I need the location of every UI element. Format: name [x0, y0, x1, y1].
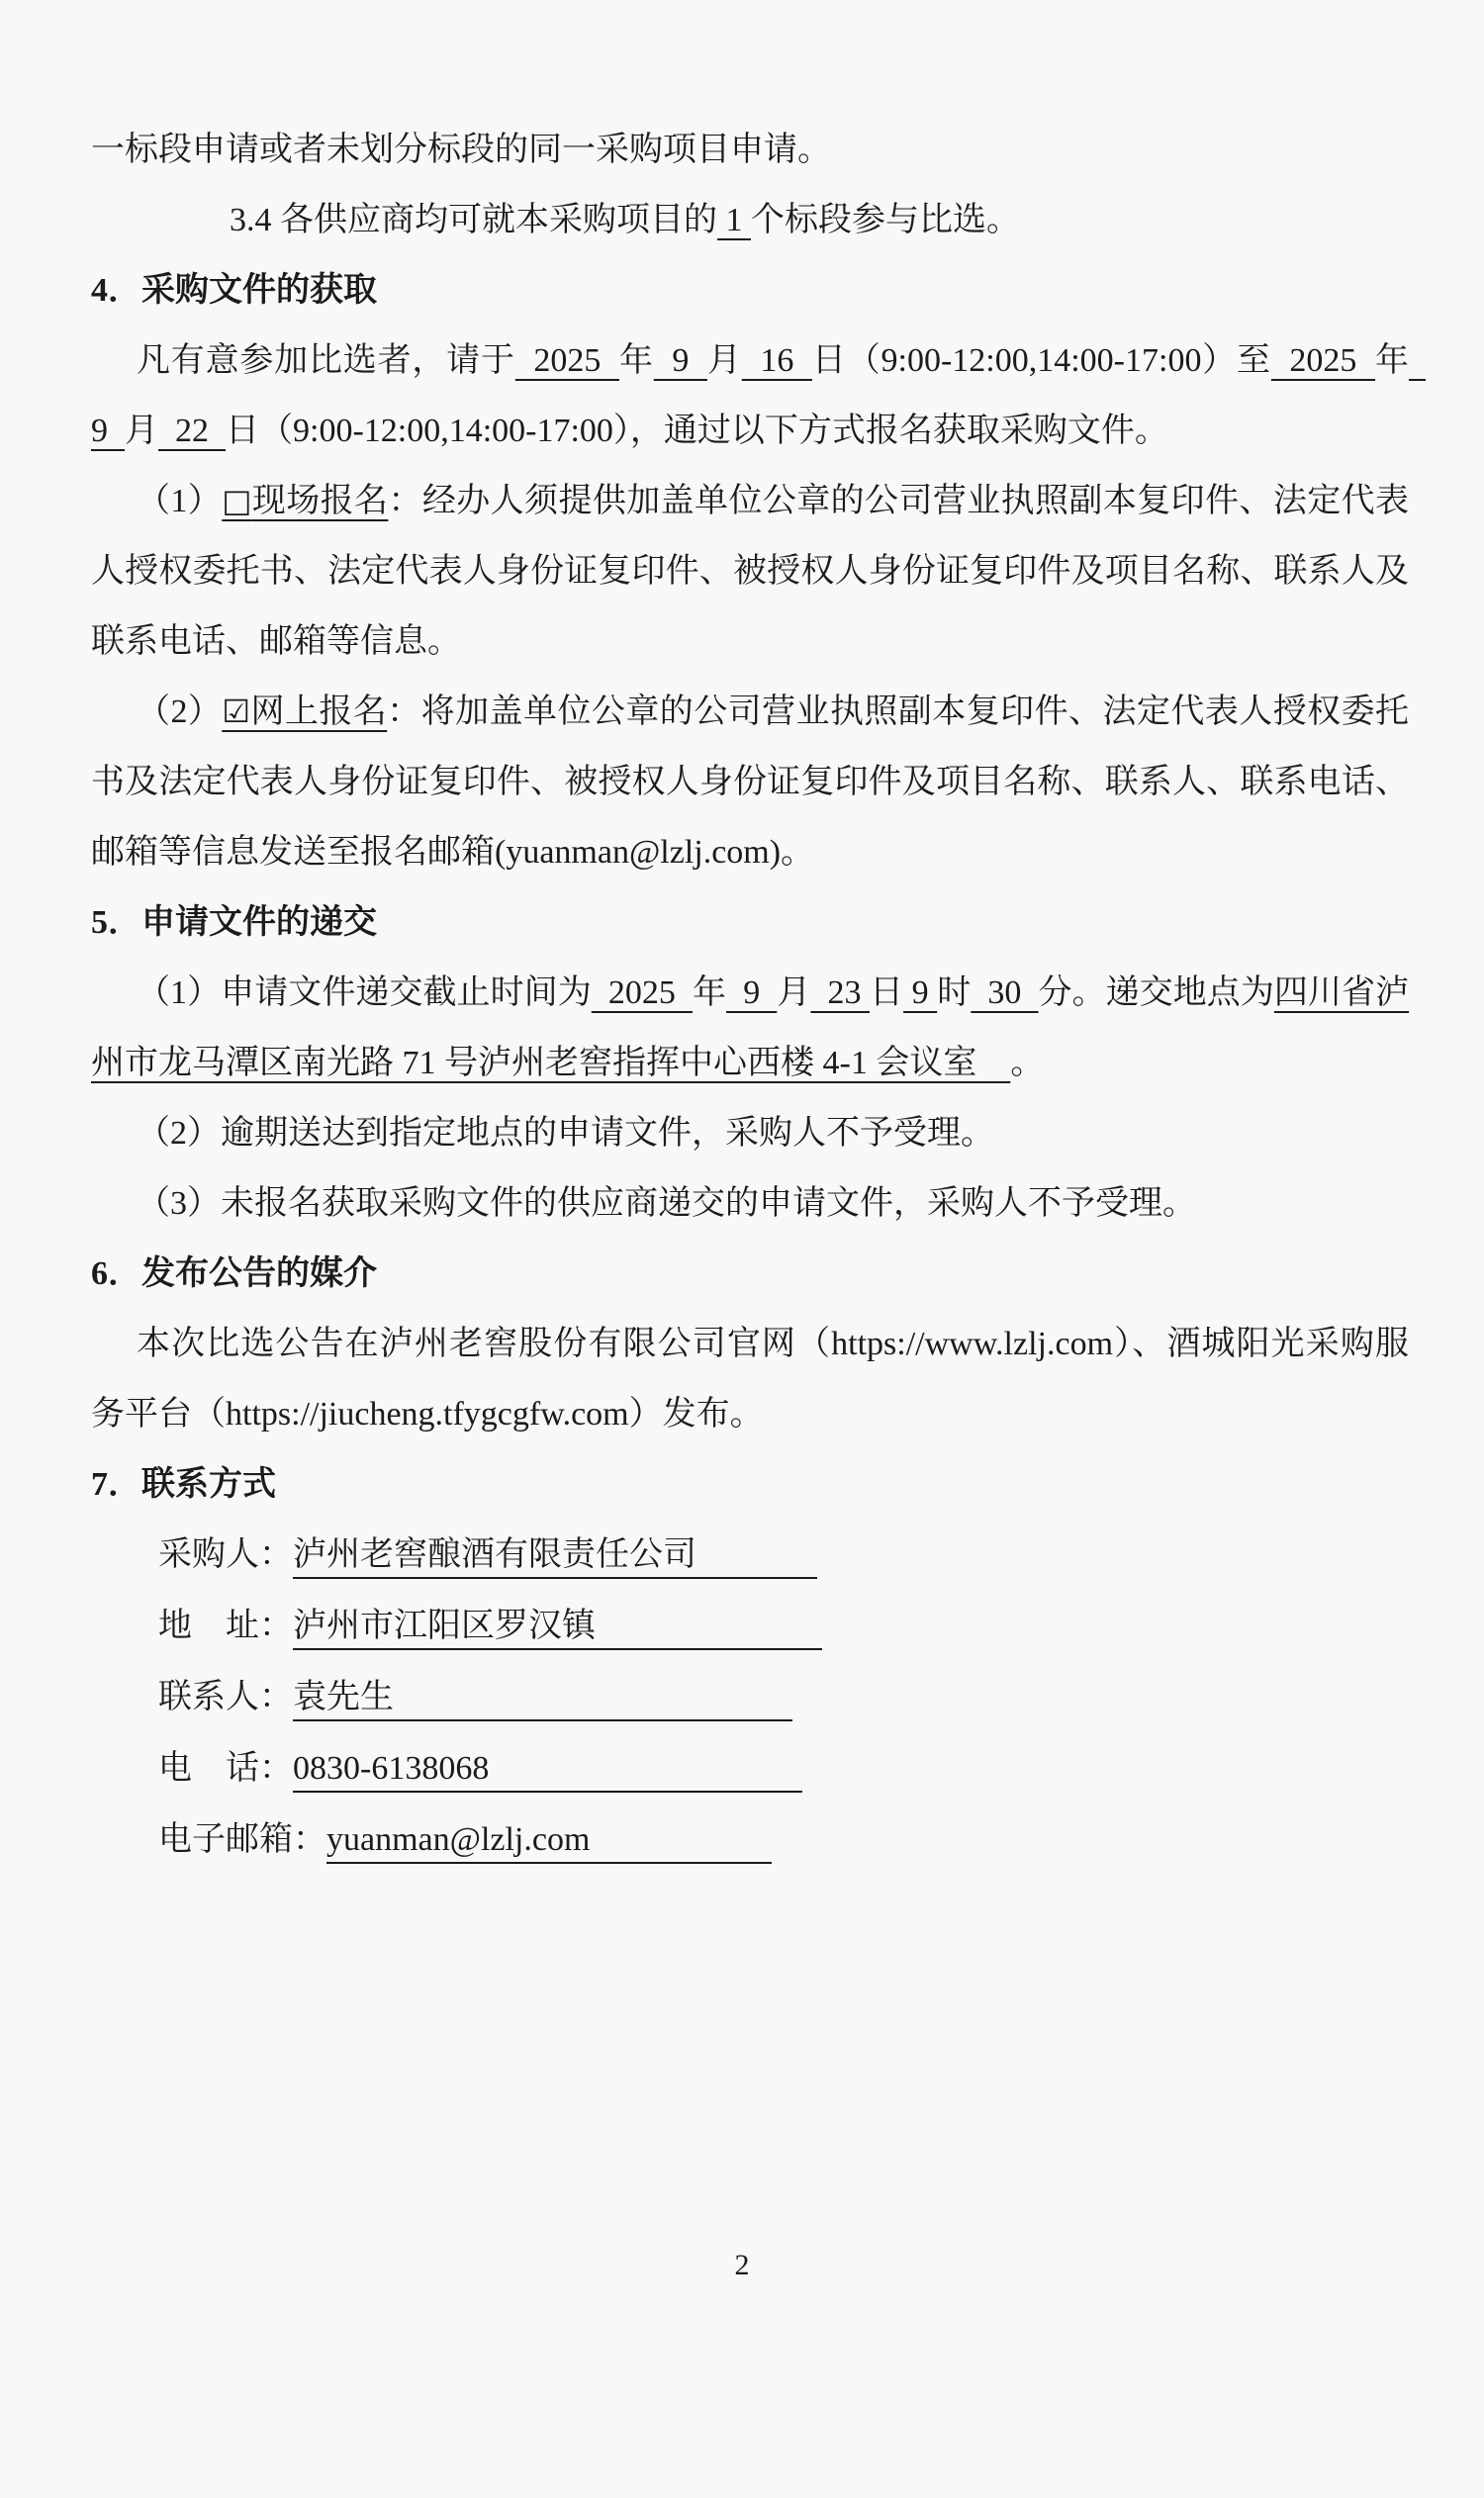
blank-deadline-year: 2025: [592, 974, 693, 1011]
text-run: （1）申请文件递交截止时间为: [137, 974, 592, 1011]
page-number: 2: [0, 2248, 1484, 2283]
contact-row-email: 电子邮箱：yuanman@lzlj.com: [91, 1804, 1409, 1876]
document-page: 一标段申请或者未划分标段的同一采购项目申请。 3.4 各供应商均可就本采购项目的…: [0, 0, 1484, 2498]
blank-start-day: 16: [742, 342, 812, 379]
text-run: 个标段参与比选。: [751, 202, 1020, 238]
text-run: 年: [1375, 342, 1409, 379]
para-announcement-media: 本次比选公告在泸州老窖股份有限公司官网（https://www.lzlj.com…: [91, 1309, 1409, 1449]
document-content: 一标段申请或者未划分标段的同一采购项目申请。 3.4 各供应商均可就本采购项目的…: [0, 0, 1484, 1876]
contact-label-address: 地 址：: [158, 1591, 293, 1662]
heading-7-contact: 7．联系方式: [91, 1449, 1409, 1520]
contact-label-person: 联系人：: [158, 1662, 293, 1733]
text-run: 月: [125, 413, 158, 449]
para-unregistered-submission: （3）未报名获取采购文件的供应商递交的申请文件，采购人不予受理。: [91, 1168, 1409, 1239]
para-3-4-lot-participation: 3.4 各供应商均可就本采购项目的 1 个标段参与比选。: [91, 185, 1409, 255]
online-registration-option: ☑网上报名: [222, 694, 387, 730]
text-run: 日（9:00-12:00,14:00-17:00），通过以下方式报名获取采购文件…: [226, 413, 1168, 449]
contact-row-address: 地 址：泸州市江阳区罗汉镇: [91, 1591, 1409, 1662]
blank-end-day: 22: [158, 413, 226, 449]
contact-label-buyer: 采购人：: [158, 1520, 293, 1591]
text-run: 月: [707, 342, 742, 379]
onsite-registration-option: □现场报名: [222, 483, 388, 519]
text-run: 凡有意参加比选者，请于: [137, 342, 515, 379]
blank-deadline-minute: 30: [971, 974, 1038, 1011]
heading-5-submission: 5．申请文件的递交: [91, 887, 1409, 958]
blank-deadline-month: 9: [726, 974, 777, 1011]
para-late-submission: （2）逾期送达到指定地点的申请文件，采购人不予受理。: [91, 1098, 1409, 1168]
para-lot-restriction: 一标段申请或者未划分标段的同一采购项目申请。: [91, 115, 1409, 185]
text-run: 日: [870, 974, 903, 1011]
contact-row-phone: 电 话：0830-6138068: [91, 1733, 1409, 1804]
blank-deadline-day: 23: [810, 974, 870, 1011]
text-run: 网上报名: [250, 694, 387, 730]
heading-4-obtain-documents: 4．采购文件的获取: [91, 255, 1409, 325]
contact-label-phone: 电 话：: [158, 1733, 293, 1804]
blank-deadline-hour: 9: [903, 974, 937, 1011]
text-run: 。: [1010, 1045, 1044, 1081]
contact-value-email: yuanman@lzlj.com: [326, 1820, 772, 1864]
checkbox-unchecked-icon: □: [222, 482, 252, 519]
text-run: 年: [619, 342, 654, 379]
para-online-registration: （2）☑网上报名：将加盖单位公章的公司营业执照副本复印件、法定代表人授权委托书及…: [91, 677, 1409, 887]
para-registration-period: 凡有意参加比选者，请于 2025 年 9 月 16 日（9:00-12:00,1…: [91, 325, 1409, 466]
para-onsite-registration: （1）□现场报名：经办人须提供加盖单位公章的公司营业执照副本复印件、法定代表人授…: [91, 466, 1409, 677]
contact-value-phone: 0830-6138068: [293, 1749, 802, 1793]
text-run: 日（9:00-12:00,14:00-17:00）至: [812, 342, 1271, 379]
blank-end-year: 2025: [1271, 342, 1375, 379]
text-run: 时: [937, 974, 971, 1011]
text-run: 年: [693, 974, 726, 1011]
text-run: （1）: [137, 483, 222, 519]
blank-start-month: 9: [654, 342, 707, 379]
heading-6-announcement-media: 6．发布公告的媒介: [91, 1239, 1409, 1309]
text-run: （2）: [137, 694, 222, 730]
text-run: 3.4 各供应商均可就本采购项目的: [230, 202, 717, 238]
contact-row-person: 联系人：袁先生: [91, 1662, 1409, 1733]
text-run: 分。递交地点为: [1039, 974, 1274, 1011]
text-run: 现场报名: [252, 483, 389, 519]
text-run: 月: [777, 974, 810, 1011]
contact-value-address: 泸州市江阳区罗汉镇: [293, 1607, 822, 1650]
contact-label-email: 电子邮箱：: [158, 1804, 326, 1876]
checkbox-checked-icon: ☑: [222, 693, 250, 730]
contact-row-buyer: 采购人：泸州老窖酿酒有限责任公司: [91, 1520, 1409, 1591]
contact-value-person: 袁先生: [293, 1678, 792, 1721]
contact-value-buyer: 泸州老窖酿酒有限责任公司: [293, 1535, 817, 1579]
para-deadline-location: （1）申请文件递交截止时间为 2025 年 9 月 23 日 9 时 30 分。…: [91, 958, 1409, 1098]
blank-lot-count: 1: [717, 202, 751, 238]
blank-start-year: 2025: [515, 342, 619, 379]
